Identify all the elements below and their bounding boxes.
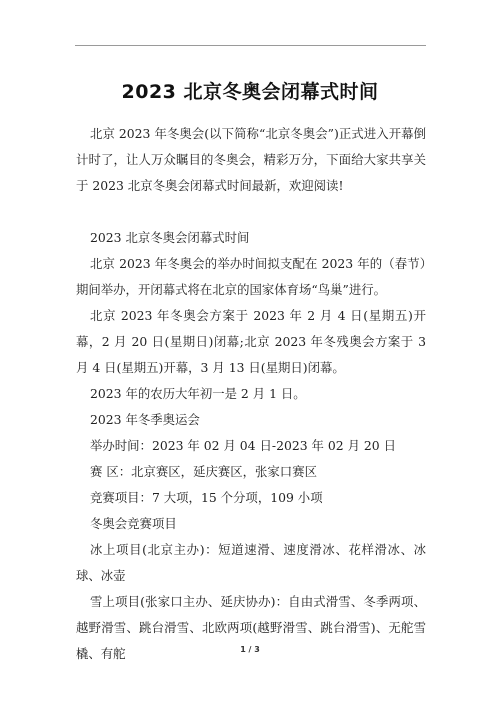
document-title: 2023 北京冬奥会闭幕式时间 [0, 79, 500, 105]
paragraph-dates: 北京 2023 年冬奥会方案于 2023 年 2 月 4 日(星期五)开幕，2 … [76, 303, 426, 381]
paragraph-lunar-new-year: 2023 年的农历大年初一是 2 月 1 日。 [76, 381, 426, 407]
paragraph-events-heading: 冬奥会竞赛项目 [76, 511, 426, 537]
paragraph-schedule: 北京 2023 年冬奥会的举办时间拟支配在 2023 年的（春节）期间举办，开闭… [76, 251, 426, 303]
section-heading: 2023 北京冬奥会闭幕式时间 [76, 225, 426, 251]
paragraph-zones: 赛 区：北京赛区，延庆赛区，张家口赛区 [76, 459, 426, 485]
page-number: 1 / 3 [0, 645, 500, 654]
intro-paragraph: 北京 2023 年冬奥会(以下简称“北京冬奥会”)正式进入开幕倒计时了，让人万众… [76, 121, 426, 199]
paragraph-events-count: 竞赛项目：7 大项，15 个分项，109 小项 [76, 485, 426, 511]
paragraph-snow-events: 雪上项目(张家口主办、延庆协办)：自由式滑雪、冬季两项、越野滑雪、跳台滑雪、北欧… [76, 589, 426, 667]
paragraph-host-time: 举办时间：2023 年 02 月 04 日-2023 年 02 月 20 日 [76, 433, 426, 459]
header-rule [75, 45, 426, 46]
paragraph-ice-events: 冰上项目(北京主办)：短道速滑、速度滑冰、花样滑冰、冰球、冰壶 [76, 537, 426, 589]
document-body: 北京 2023 年冬奥会(以下简称“北京冬奥会”)正式进入开幕倒计时了，让人万众… [76, 121, 426, 667]
paragraph-winter-olympics: 2023 年冬季奥运会 [76, 407, 426, 433]
